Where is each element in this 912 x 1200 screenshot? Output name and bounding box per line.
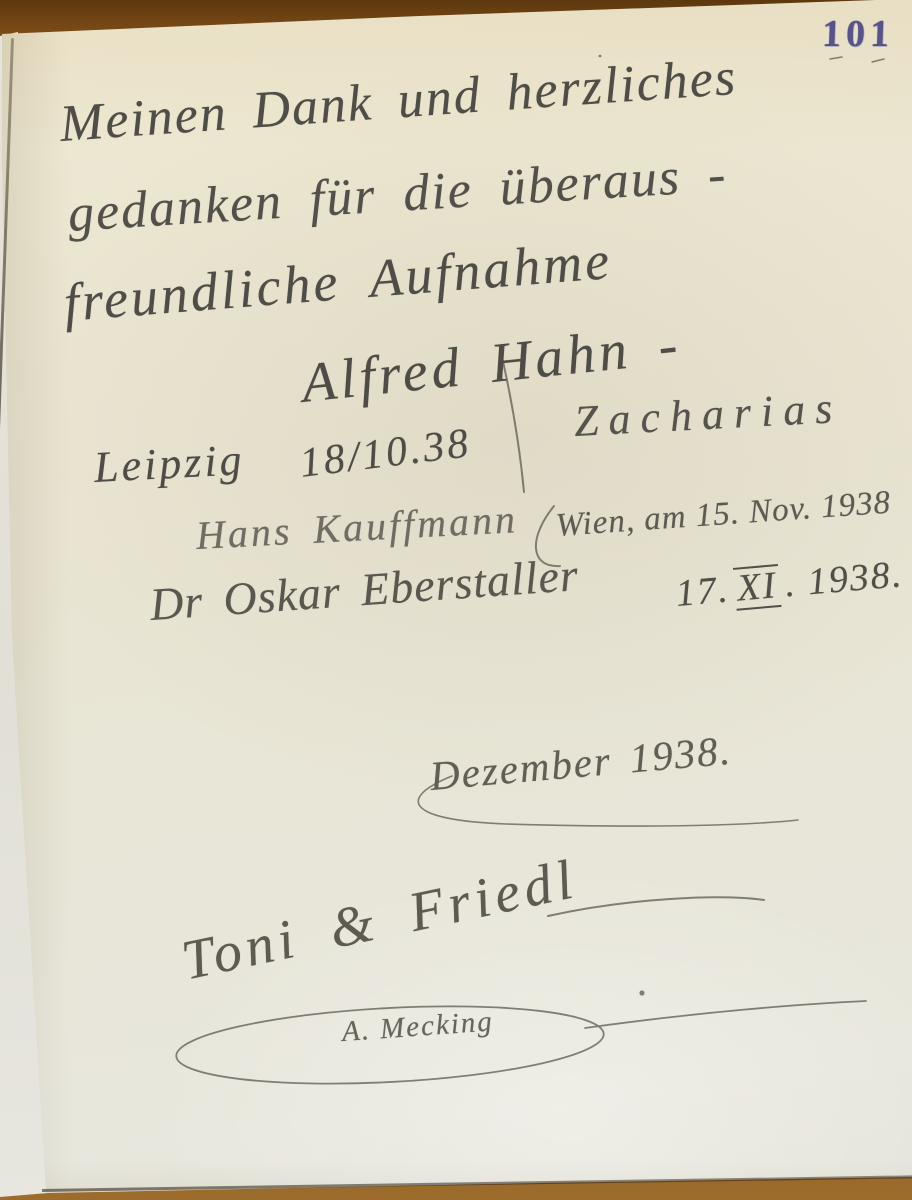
date-year: . 1938. — [783, 553, 905, 605]
guestbook-photo: 101 Meinen Dank und herzliches gedanken … — [0, 0, 912, 1200]
handwriting-place-leipzig: Leipzig — [93, 434, 246, 493]
date-day: 17. — [674, 568, 731, 615]
page-number-stamp: 101 — [821, 12, 895, 56]
date-month-roman-numeral: XI — [732, 564, 781, 611]
